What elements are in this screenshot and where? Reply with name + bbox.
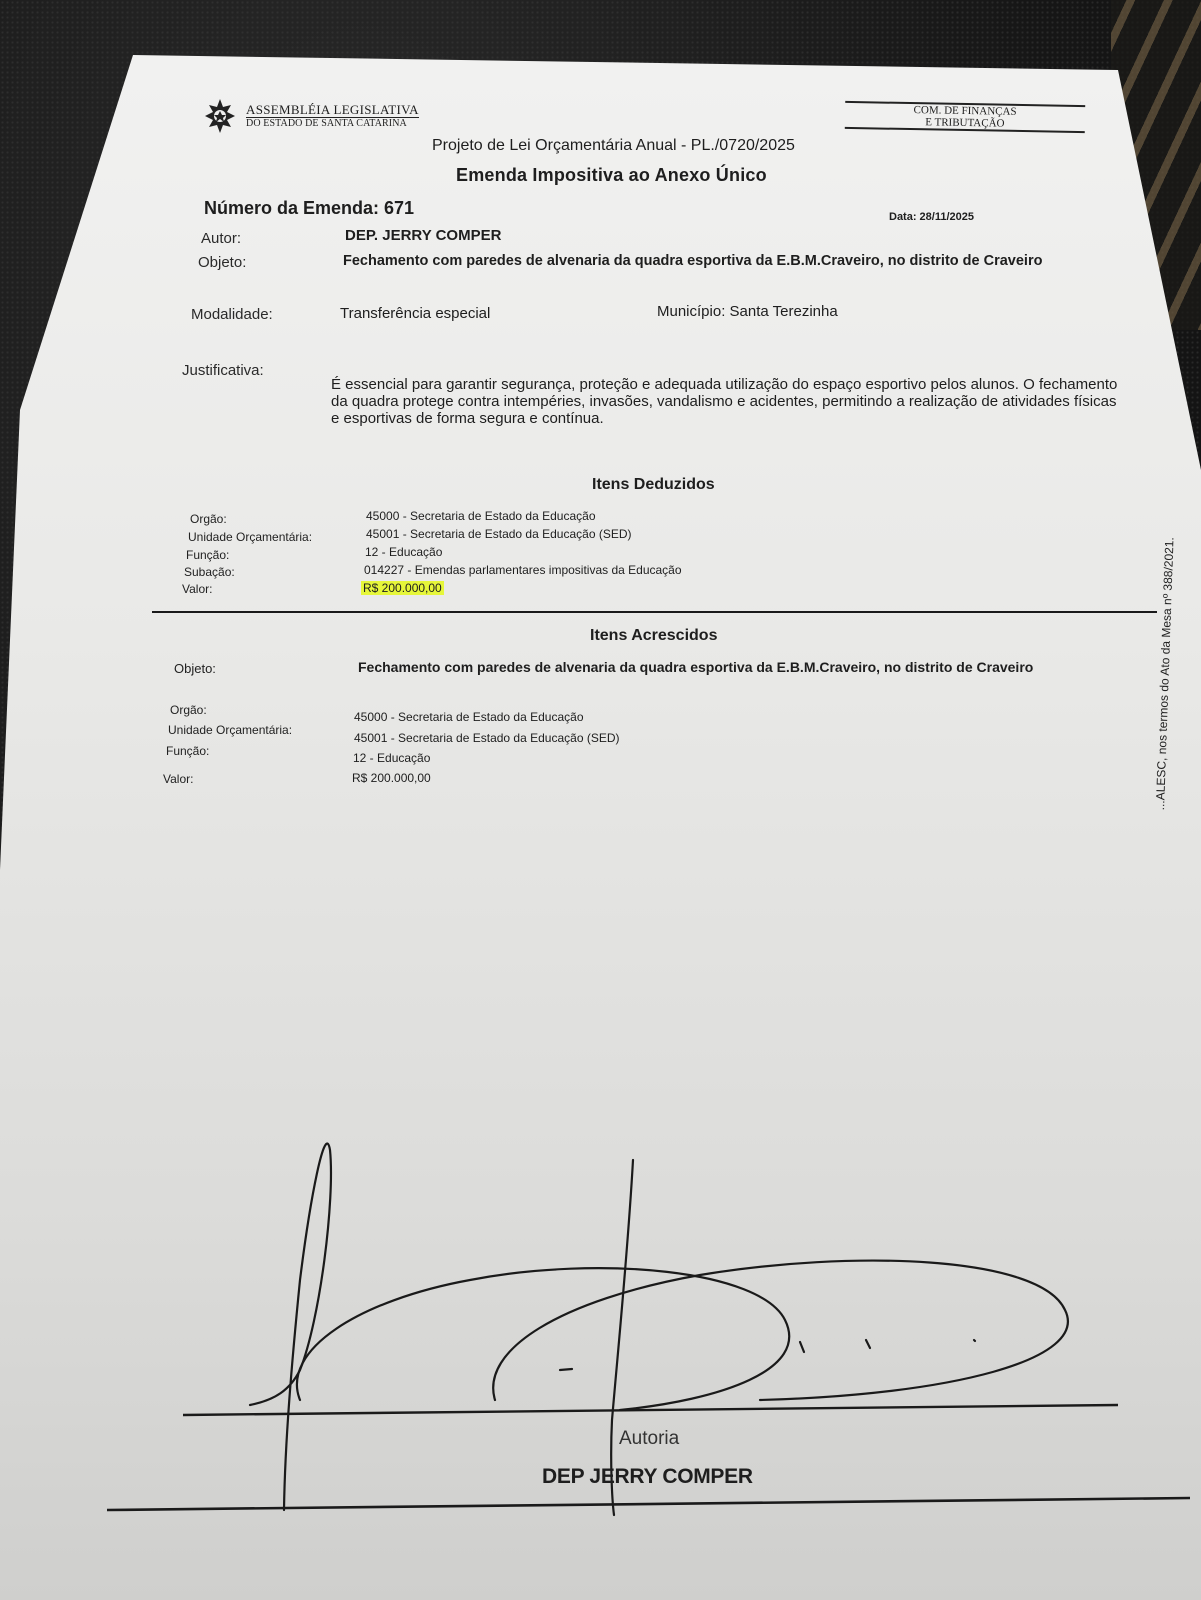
signature-role: Autoria — [619, 1428, 679, 1450]
document-page: ASSEMBLÉIA LEGISLATIVA DO ESTADO DE SANT… — [0, 0, 1201, 1600]
handwritten-signature — [0, 0, 1201, 1600]
signature-name: DEP JERRY COMPER — [542, 1465, 753, 1489]
